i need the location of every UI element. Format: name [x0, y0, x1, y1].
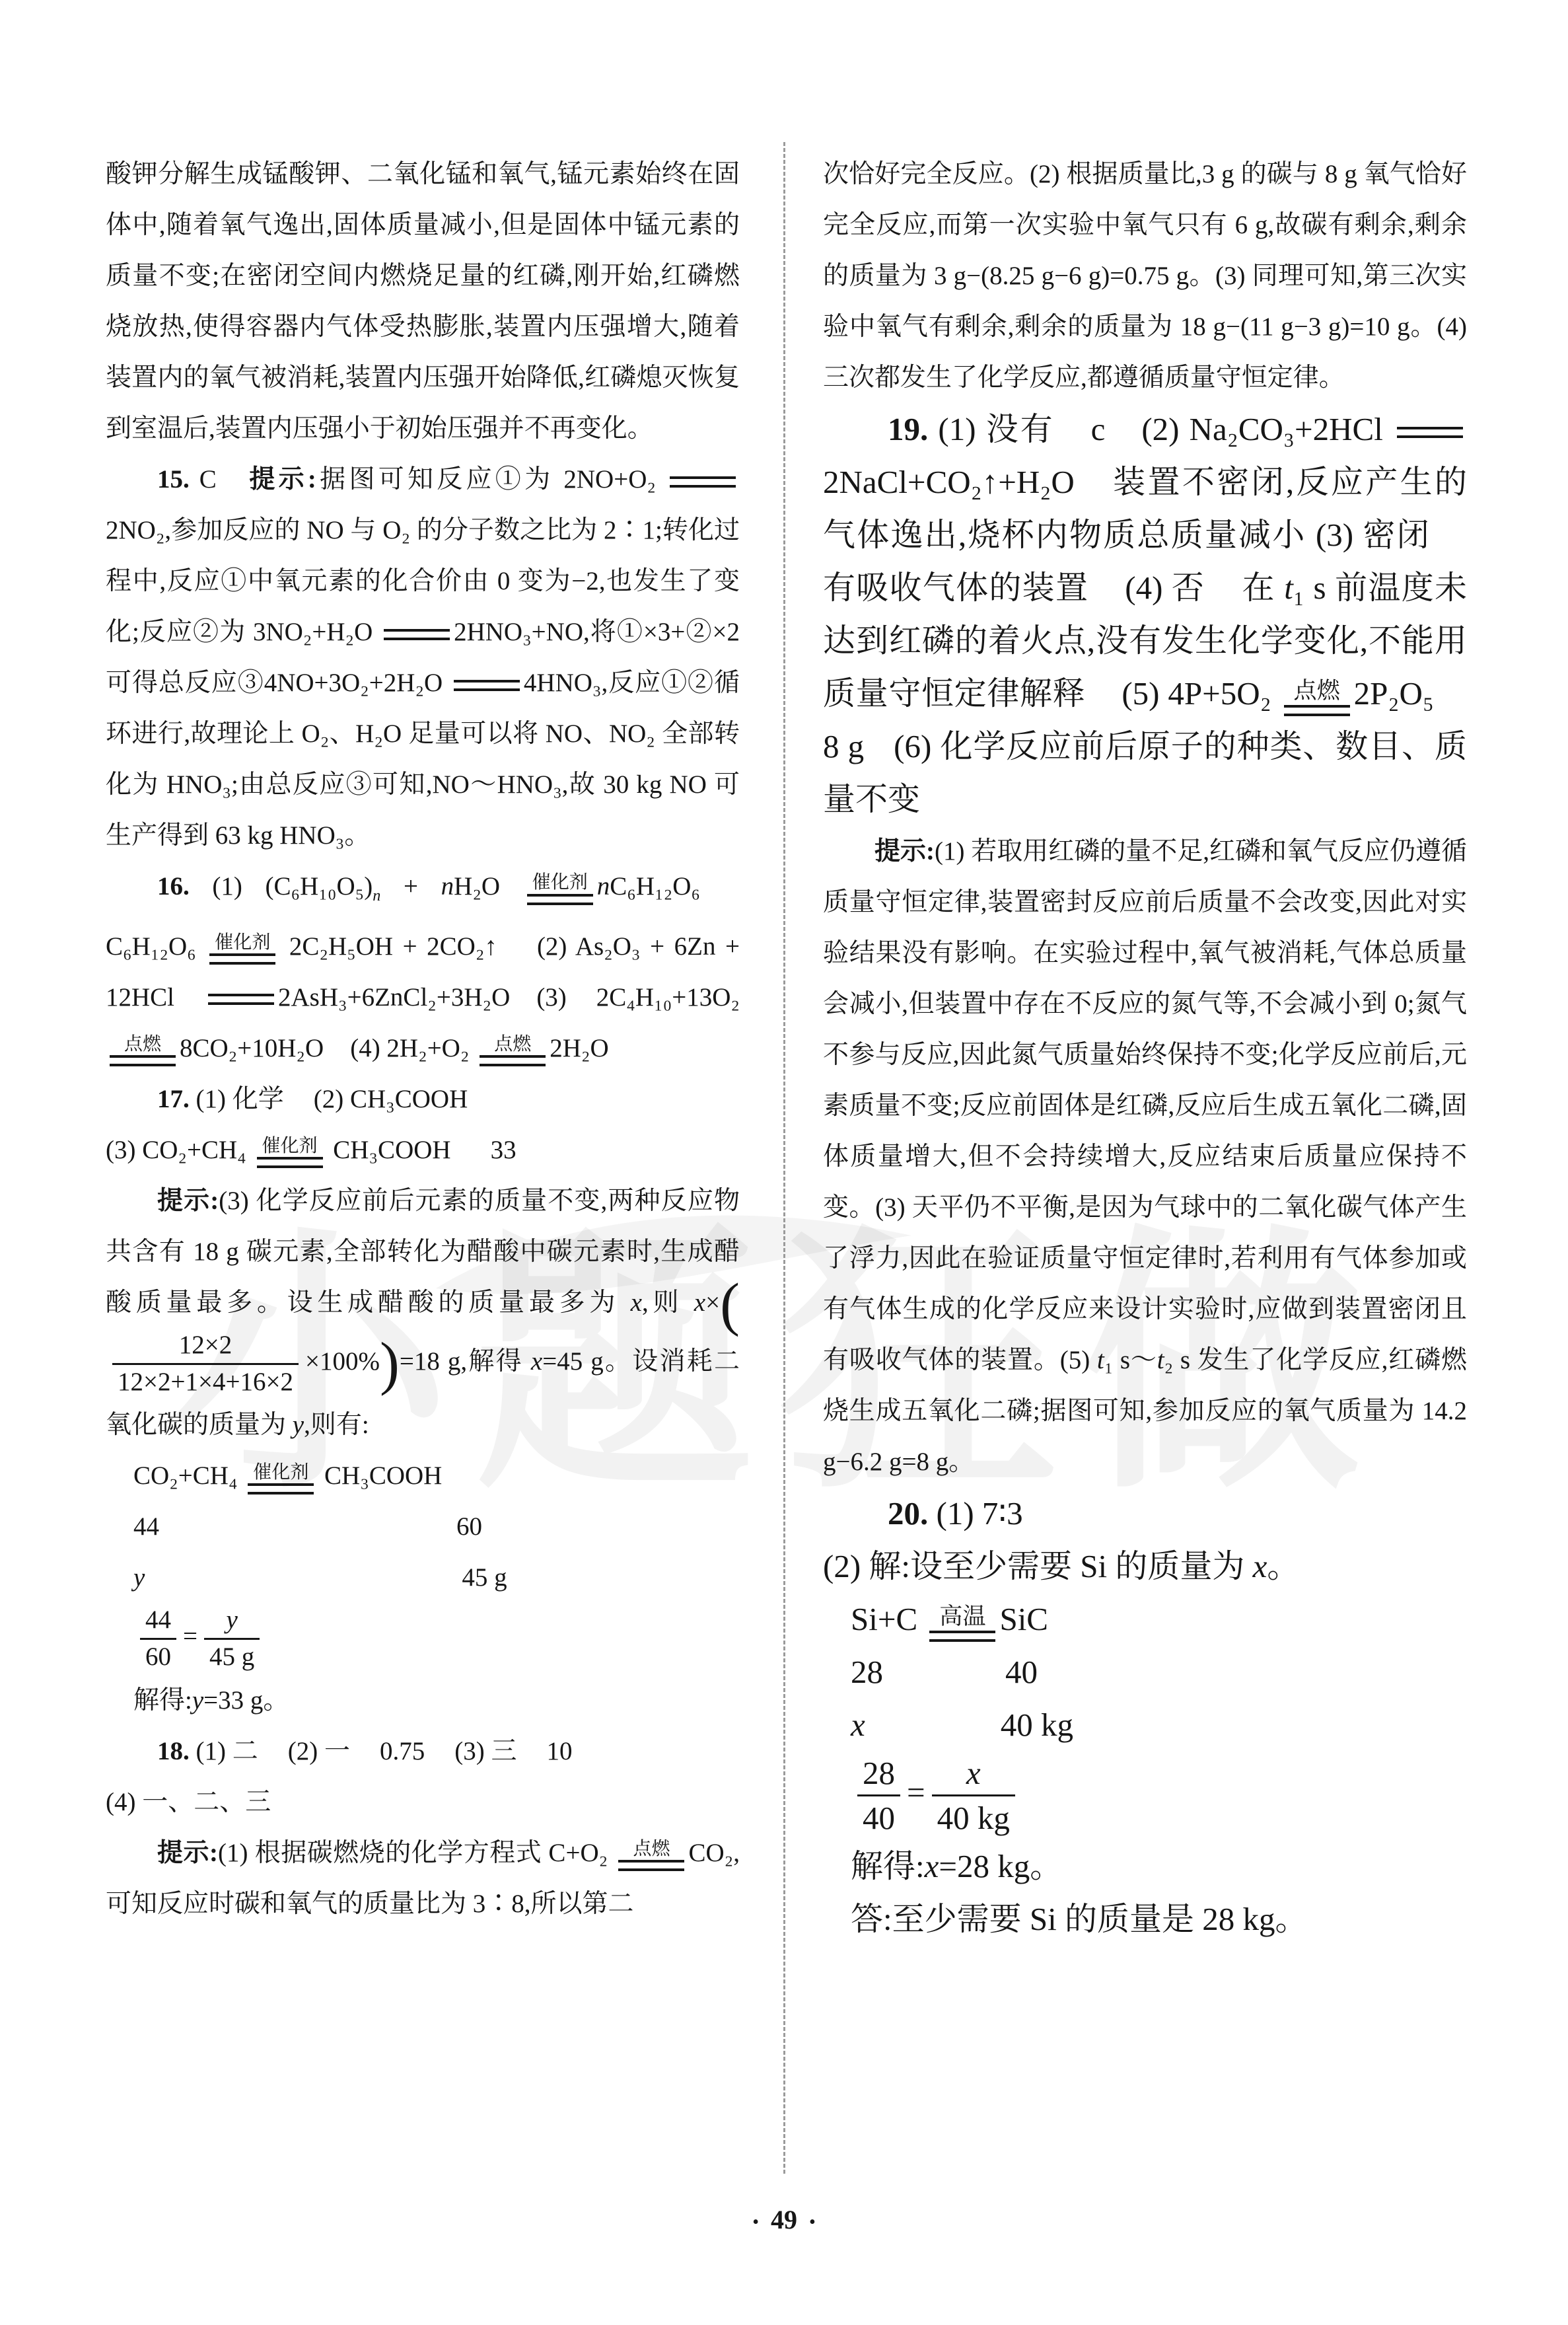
reaction-equals-sign: 催化剂	[248, 1462, 314, 1495]
text-run: 2NaCl+CO₂↑+H₂O	[823, 464, 1075, 500]
text-run: 40 kg	[937, 1800, 1010, 1836]
text-run: c	[1091, 411, 1106, 447]
text-run: 10	[546, 1737, 572, 1765]
text-run: C₆H₁₂O₆	[610, 872, 700, 901]
stoich-unknowns-17: y45 g	[106, 1552, 740, 1603]
math-variable: n	[597, 872, 610, 901]
bold-label: 提示:	[874, 837, 935, 866]
math-variable: x	[925, 1848, 939, 1884]
text-run: 解得:	[851, 1848, 925, 1884]
bold-label: 提示:	[157, 1187, 219, 1215]
bold-label: 提示:	[157, 1839, 218, 1867]
answer-17-line2: (3) CO₂+CH₄ 催化剂 CH₃COOH33	[106, 1125, 740, 1175]
answer-15: 15. C 提示:据图可知反应①为 2NO+O₂ 2NO₂,参加反应的 NO 与…	[106, 454, 740, 861]
math-variable: y	[133, 1563, 145, 1592]
text-run: 40	[863, 1800, 895, 1836]
footer-dot-left: •	[740, 2212, 771, 2233]
reaction-condition-label: 点燃	[618, 1839, 684, 1860]
math-variable: t	[1284, 570, 1293, 606]
text-run: =18 g,解得	[400, 1347, 531, 1376]
math-variable: y	[226, 1605, 237, 1634]
text-run: 2AsH₃+6ZnCl₂+3H₂O	[278, 983, 510, 1012]
text-run: (4) 一、二、三	[106, 1788, 271, 1816]
answer-18-line2: (4) 一、二、三	[106, 1777, 740, 1827]
reaction-equals-sign: 催化剂	[257, 1136, 323, 1168]
text-run: +	[380, 872, 441, 901]
left-column: 酸钾分解生成锰酸钾、二氧化锰和氧气,锰元素始终在固体中,随着氧气逸出,固体质量减…	[106, 149, 740, 1929]
math-variable: x	[694, 1288, 705, 1317]
hint-18-continued: 次恰好完全反应。(2) 根据质量比,3 g 的碳与 8 g 氧气恰好完全反应,而…	[823, 149, 1467, 403]
stoich-masses-20: 2840	[823, 1646, 1467, 1699]
bold-label: 15.	[157, 465, 190, 494]
reaction-condition-label: 催化剂	[248, 1462, 314, 1483]
reaction-equals-sign	[384, 629, 450, 640]
text-run: (4) 2H₂+O₂	[350, 1034, 476, 1062]
reaction-condition-label: 催化剂	[209, 932, 275, 953]
math-variable: x	[1253, 1548, 1267, 1584]
text-run: 8 g	[823, 728, 864, 764]
text-run: 44	[133, 1512, 159, 1541]
reaction-equals-sign: 催化剂	[527, 872, 593, 904]
reaction-equals-sign	[670, 476, 736, 488]
text-run: 40 kg	[1001, 1707, 1073, 1743]
math-variable: y	[192, 1686, 203, 1715]
reaction-equals-sign: 催化剂	[209, 932, 275, 965]
text-run: C	[190, 465, 250, 494]
text-run: (1) 若取用红磷的量不足,红磷和氧气反应仍遵循质量守恒定律,装置密封反应前后质…	[823, 837, 1467, 1374]
text-run: C₆H₁₂O₆	[106, 932, 205, 961]
math-variable: x	[531, 1347, 542, 1376]
reaction-equals-sign: 点燃	[1284, 678, 1350, 716]
text-run: =28 kg。	[939, 1848, 1062, 1884]
text-run: 60	[456, 1512, 482, 1541]
answer-18-line1: 18. (1) 二(2) 一0.75(3) 三10	[106, 1726, 740, 1777]
proportion-20: 2840=x40 kg	[823, 1752, 1467, 1840]
text-run: 45 g	[462, 1563, 507, 1592]
fraction: y45 g	[204, 1603, 260, 1675]
right-column: 次恰好完全反应。(2) 根据质量比,3 g 的碳与 8 g 氧气恰好完全反应,而…	[823, 149, 1467, 1946]
text-run: (1) 化学	[190, 1085, 284, 1113]
bold-label: 提示:	[249, 465, 316, 494]
bold-label: 19.	[888, 411, 928, 447]
continued-paragraph-14: 酸钾分解生成锰酸钾、二氧化锰和氧气,锰元素始终在固体中,随着氧气逸出,固体质量减…	[106, 149, 740, 454]
text-run: (1) 没有	[928, 411, 1054, 447]
text-run: (4) 否	[1125, 570, 1205, 606]
math-variable: t	[1097, 1346, 1104, 1374]
equation-line-17: CO₂+CH₄ 催化剂 CH₃COOH	[106, 1450, 740, 1501]
big-paren: )	[380, 1331, 400, 1396]
text-run: 12×2+1×4+16×2	[118, 1368, 293, 1396]
math-variable: x	[631, 1288, 642, 1317]
text-run: 在	[1241, 570, 1284, 606]
text-run: =	[183, 1623, 197, 1651]
text-run: (1) (C₆H₁₀O₅)	[190, 872, 373, 901]
fraction: 12×212×2+1×4+16×2	[112, 1328, 299, 1400]
text-run: ×100%	[305, 1347, 380, 1376]
reaction-equals-sign: 点燃	[110, 1034, 176, 1066]
text-run: 33	[491, 1136, 517, 1164]
text-run: 28	[851, 1654, 883, 1690]
text-run: ₁ s～	[1104, 1346, 1157, 1374]
stoich-masses-17: 4460	[106, 1501, 740, 1552]
text-run: 2H₂O	[550, 1034, 608, 1062]
answer-17-line1: 17. (1) 化学(2) CH₃COOH	[106, 1074, 740, 1125]
answer-20-line1: 20. (1) 7∶3	[823, 1487, 1467, 1540]
text-run: 0.75	[380, 1737, 425, 1765]
equation-line-20: Si+C 高温SiC	[823, 1593, 1467, 1646]
text-run: 酸钾分解生成锰酸钾、二氧化锰和氧气,锰元素始终在固体中,随着氧气逸出,固体质量减…	[106, 160, 740, 443]
text-run: CO₂+CH₄	[133, 1461, 244, 1490]
text-run: (3) CO₂+CH₄	[106, 1136, 253, 1164]
math-variable: n	[441, 872, 454, 901]
text-run: CH₃COOH	[318, 1461, 442, 1490]
reaction-condition-label: 点燃	[480, 1034, 546, 1055]
hint-19: 提示:(1) 若取用红磷的量不足,红磷和氧气反应仍遵循质量守恒定律,装置密封反应…	[823, 826, 1467, 1487]
hint-18: 提示:(1) 根据碳燃烧的化学方程式 C+O₂ 点燃CO₂,可知反应时碳和氧气的…	[106, 1827, 740, 1929]
math-variable: t	[1157, 1346, 1164, 1374]
page-footer: •49•	[0, 2204, 1568, 2235]
math-variable: y	[293, 1411, 304, 1439]
text-run: 2C₂H₅OH + 2CO₂↑	[279, 932, 497, 961]
text-run: 12×2	[179, 1331, 232, 1359]
text-run: (5) 4P+5O₂	[1122, 675, 1279, 712]
bold-label: 16.	[157, 872, 190, 901]
reaction-condition-label: 点燃	[1284, 678, 1350, 705]
text-run: 据图可知反应①为 2NO+O₂	[316, 465, 666, 494]
big-paren: (	[720, 1272, 740, 1337]
solve-17: 解得:y=33 g。	[106, 1675, 740, 1726]
reaction-equals-sign	[454, 680, 520, 691]
text-run: 40	[1005, 1654, 1038, 1690]
text-run: (1) 7∶3	[928, 1495, 1022, 1532]
text-run: 。	[1267, 1548, 1299, 1584]
text-run: Si+C	[851, 1601, 925, 1637]
text-run: (2) 解:设至少需要 Si 的质量为	[823, 1548, 1253, 1584]
fraction: 2840	[857, 1752, 900, 1840]
text-run: SiC	[999, 1601, 1048, 1637]
text-run: (2) 一	[288, 1737, 350, 1765]
text-run: (2) CH₃COOH	[314, 1085, 468, 1113]
text-run: 8CO₂+10H₂O	[180, 1034, 324, 1062]
text-run: ×	[705, 1288, 720, 1317]
bold-label: 20.	[888, 1495, 928, 1532]
text-run: 答:至少需要 Si 的质量是 28 kg。	[851, 1901, 1307, 1937]
text-run: 28	[863, 1755, 895, 1791]
reaction-condition-label: 催化剂	[527, 872, 593, 893]
text-run: (1) 二	[190, 1737, 258, 1765]
fraction: x40 kg	[932, 1752, 1015, 1840]
text-run: (3) 2C₄H₁₀+13O₂	[536, 983, 740, 1012]
text-run: =33 g。	[203, 1686, 289, 1715]
text-run: CH₃COOH	[327, 1136, 451, 1164]
final-answer-20: 答:至少需要 Si 的质量是 28 kg。	[823, 1893, 1467, 1946]
text-run: H₂O	[454, 872, 523, 901]
text-run: (6) 化学反应前后原子的种类、数目、质量不变	[823, 728, 1467, 817]
reaction-condition-label: 高温	[929, 1604, 995, 1631]
bold-label: 17.	[157, 1085, 190, 1113]
text-run: (2) Na₂CO₃+2HCl	[1141, 411, 1393, 447]
column-divider	[783, 142, 785, 2174]
fraction: 4460	[140, 1603, 176, 1675]
answer-20-line2: (2) 解:设至少需要 Si 的质量为 x。	[823, 1540, 1467, 1593]
math-variable: x	[851, 1707, 865, 1743]
text-run: (1) 根据碳燃烧的化学方程式 C+O₂	[218, 1839, 614, 1867]
text-run: 44	[145, 1605, 171, 1634]
text-run: (3) 三	[454, 1737, 517, 1765]
reaction-equals-sign: 点燃	[618, 1839, 684, 1871]
proportion-17: 4460=y45 g	[106, 1603, 740, 1675]
answer-16: 16. (1) (C₆H₁₀O₅)n + nH₂O 催化剂nC₆H₁₂O₆C₆H…	[106, 861, 740, 1074]
reaction-equals-sign	[208, 994, 274, 1005]
math-variable: x	[966, 1755, 981, 1791]
footer-dot-right: •	[797, 2212, 828, 2233]
hint-17: 提示:(3) 化学反应前后元素的质量不变,两种反应物共含有 18 g 碳元素,全…	[106, 1175, 740, 1451]
text-run: 60	[145, 1642, 171, 1671]
reaction-equals-sign: 点燃	[480, 1034, 546, 1066]
reaction-equals-sign	[1397, 427, 1463, 438]
reaction-condition-label: 催化剂	[257, 1136, 323, 1157]
text-run: 45 g	[209, 1642, 254, 1671]
text-run: 2P₂O₅	[1354, 675, 1434, 712]
page-number: 49	[771, 2205, 797, 2234]
text-run: 有吸收气体的装置	[823, 570, 1088, 606]
stoich-unknowns-20: x40 kg	[823, 1699, 1467, 1752]
text-run: 解得:	[133, 1686, 192, 1715]
solve-20: 解得:x=28 kg。	[823, 1840, 1467, 1893]
text-run: ,则有:	[304, 1411, 369, 1439]
text-run: 次恰好完全反应。(2) 根据质量比,3 g 的碳与 8 g 氧气恰好完全反应,而…	[823, 160, 1467, 392]
reaction-equals-sign: 高温	[929, 1604, 995, 1642]
answer-19: 19. (1) 没有c(2) Na₂CO₃+2HCl 2NaCl+CO₂↑+H₂…	[823, 403, 1467, 826]
math-subscript-variable: n	[373, 887, 380, 904]
bold-label: 18.	[157, 1737, 190, 1765]
reaction-condition-label: 点燃	[110, 1034, 176, 1055]
text-run: ,则	[642, 1288, 694, 1317]
text-run: =	[907, 1774, 925, 1810]
